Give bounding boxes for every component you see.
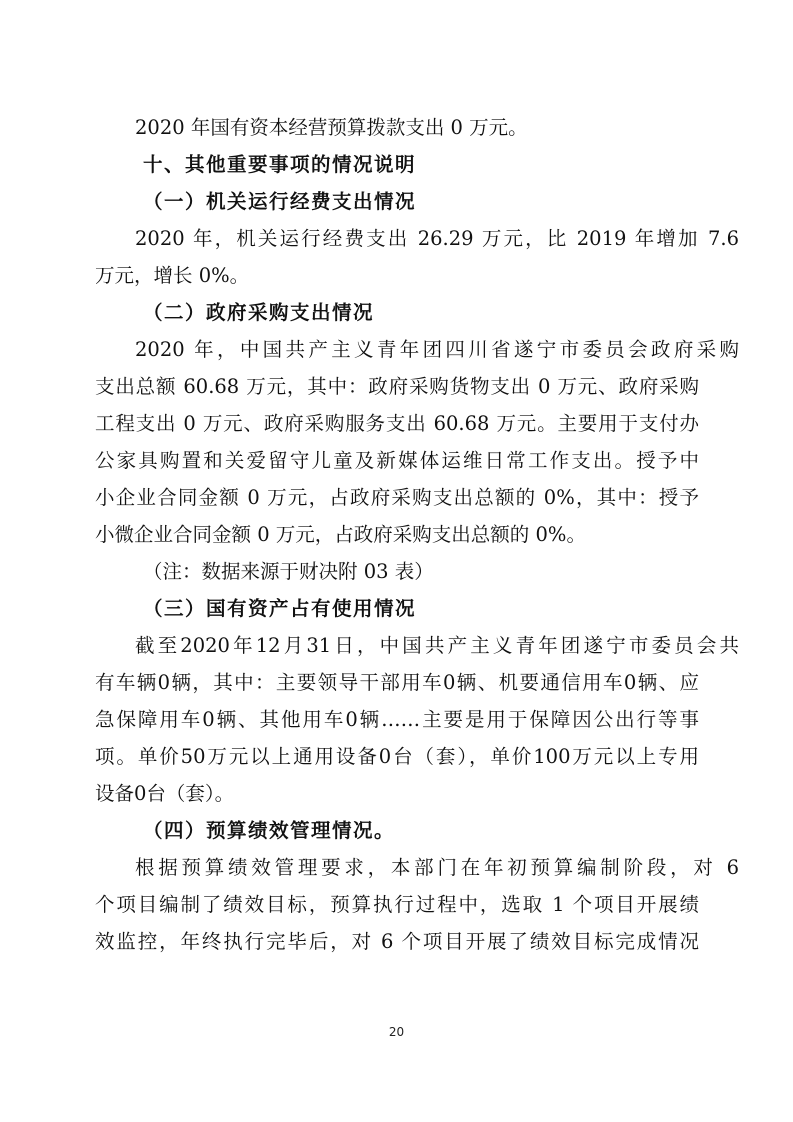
paragraph-line: 支出总额 60.68 万元，其中：政府采购货物支出 0 万元、政府采购 <box>95 375 699 399</box>
paragraph-line: 工程支出 0 万元、政府采购服务支出 60.68 万元。主要用于支付办 <box>95 412 699 436</box>
paragraph-line: 公家具购置和关爱留守儿童及新媒体运维日常工作支出。授予中 <box>95 449 699 473</box>
paragraph-line: 2020 年，中国共产主义青年团四川省遂宁市委员会政府采购 <box>95 338 739 362</box>
paragraph-line: 截至2020年12月31日，中国共产主义青年团遂宁市委员会共 <box>95 634 739 658</box>
paragraph-line: 项。单价50万元以上通用设备0台（套），单价100万元以上专用 <box>95 745 699 769</box>
paragraph-line: 根据预算绩效管理要求，本部门在年初预算编制阶段，对 6 <box>95 856 739 880</box>
note-line: （注：数据来源于财决附 03 表） <box>95 560 747 584</box>
paragraph-line: 效监控，年终执行完毕后，对 6 个项目开展了绩效目标完成情况 <box>95 930 699 954</box>
paragraph-line: 有车辆0辆，其中：主要领导干部用车0辆、机要通信用车0辆、应 <box>95 671 699 695</box>
subsection-heading: （三）国有资产占有使用情况 <box>95 597 747 621</box>
subsection-heading: （一）机关运行经费支出情况 <box>95 190 747 214</box>
paragraph-line: 2020 年国有资本经营预算拨款支出 0 万元。 <box>95 116 739 140</box>
paragraph-line: 小微企业合同金额 0 万元，占政府采购支出总额的 0%。 <box>95 523 699 547</box>
paragraph-line: 急保障用车0辆、其他用车0辆……主要是用于保障因公出行等事 <box>95 708 699 732</box>
paragraph-line: 设备0台（套）。 <box>95 782 699 806</box>
paragraph-line: 2020 年，机关运行经费支出 26.29 万元，比 2019 年增加 7.6 <box>95 227 739 251</box>
subsection-heading: （二）政府采购支出情况 <box>95 301 747 325</box>
subsection-heading: （四）预算绩效管理情况。 <box>95 819 747 843</box>
paragraph-line: 万元，增长 0%。 <box>95 264 699 288</box>
page-number: 20 <box>0 1025 793 1039</box>
paragraph-line: 个项目编制了绩效目标，预算执行过程中，选取 1 个项目开展绩 <box>95 893 699 917</box>
paragraph-line: 小企业合同金额 0 万元，占政府采购支出总额的 0%，其中：授予 <box>95 486 699 510</box>
section-heading: 十、其他重要事项的情况说明 <box>95 153 747 177</box>
